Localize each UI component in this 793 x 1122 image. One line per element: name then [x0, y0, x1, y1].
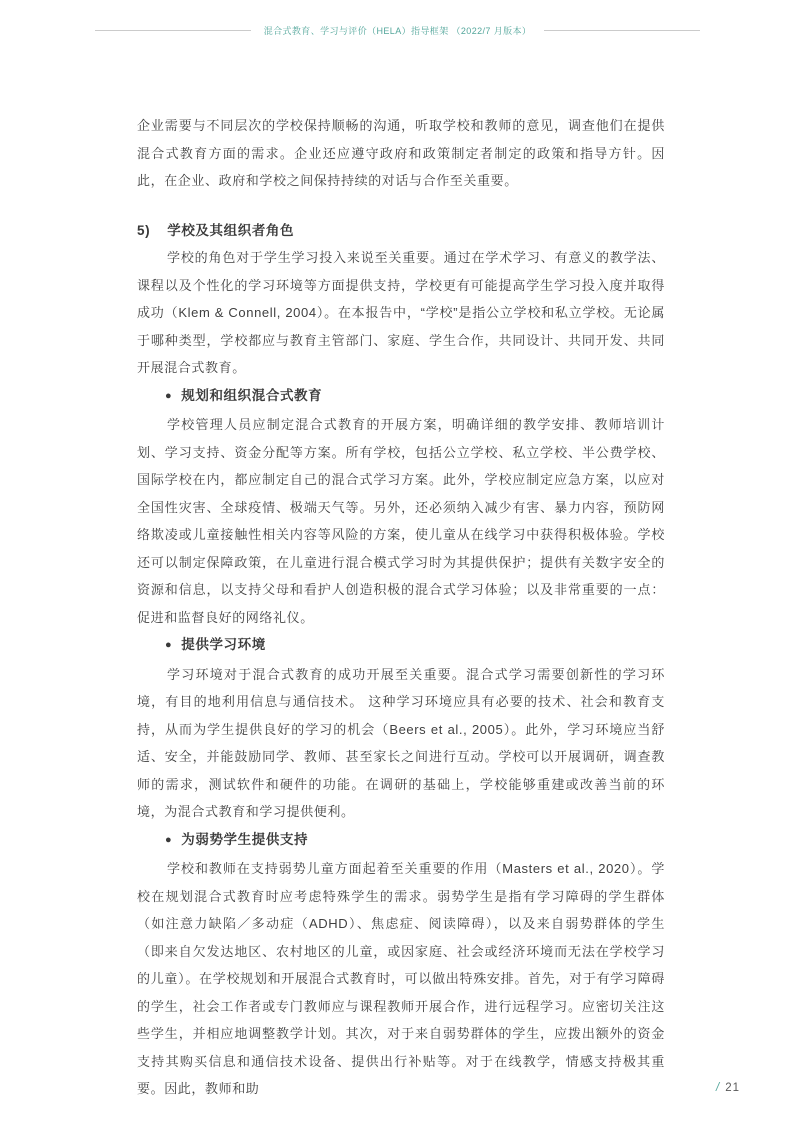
bullet-block-planning: ●规划和组织混合式教育 学校管理人员应制定混合式教育的开展方案，明确详细的教学安…	[137, 382, 665, 632]
section-paragraph: 学校的角色对于学生学习投入来说至关重要。通过在学术学习、有意义的教学法、课程以及…	[137, 244, 665, 382]
document-page: 混合式教育、学习与评价（HELA）指导框架 （2022/7 月版本） 企业需要与…	[0, 0, 793, 1122]
page-number-separator: /	[716, 1082, 720, 1094]
bullet-icon: ●	[165, 827, 172, 855]
section-title: 学校及其组织者角色	[167, 223, 294, 238]
header-rule-left	[95, 30, 251, 31]
bullet-heading-environment: ●提供学习环境	[137, 631, 665, 661]
bullet-block-environment: ●提供学习环境 学习环境对于混合式教育的成功开展至关重要。混合式学习需要创新性的…	[137, 631, 665, 826]
bullet-block-vulnerable-students: ●为弱势学生提供支持 学校和教师在支持弱势儿童方面起着至关重要的作用（Maste…	[137, 826, 665, 1103]
bullet-paragraph: 学习环境对于混合式教育的成功开展至关重要。混合式学习需要创新性的学习环境，有目的…	[137, 661, 665, 826]
running-header-title: 混合式教育、学习与评价（HELA）指导框架 （2022/7 月版本）	[264, 24, 532, 37]
bullet-icon: ●	[165, 383, 172, 411]
bullet-title: 规划和组织混合式教育	[181, 388, 322, 403]
bullet-heading-vulnerable-students: ●为弱势学生提供支持	[137, 826, 665, 856]
section-heading: 5)学校及其组织者角色	[137, 217, 665, 245]
bullet-icon: ●	[165, 632, 172, 660]
page-body: 企业需要与不同层次的学校保持顺畅的沟通，听取学校和教师的意见，调查他们在提供混合…	[137, 112, 665, 1103]
intro-paragraph: 企业需要与不同层次的学校保持顺畅的沟通，听取学校和教师的意见，调查他们在提供混合…	[137, 112, 665, 195]
section-number: 5)	[137, 217, 150, 245]
header-rule-right	[544, 30, 700, 31]
running-header: 混合式教育、学习与评价（HELA）指导框架 （2022/7 月版本）	[95, 24, 700, 37]
page-footer: /21	[716, 1082, 740, 1094]
bullet-title: 提供学习环境	[181, 637, 266, 652]
bullet-heading-planning: ●规划和组织混合式教育	[137, 382, 665, 412]
page-number: 21	[725, 1082, 740, 1094]
bullet-paragraph: 学校和教师在支持弱势儿童方面起着至关重要的作用（Masters et al., …	[137, 855, 665, 1103]
bullet-title: 为弱势学生提供支持	[181, 832, 308, 847]
bullet-paragraph: 学校管理人员应制定混合式教育的开展方案，明确详细的教学安排、教师培训计划、学习支…	[137, 411, 665, 631]
